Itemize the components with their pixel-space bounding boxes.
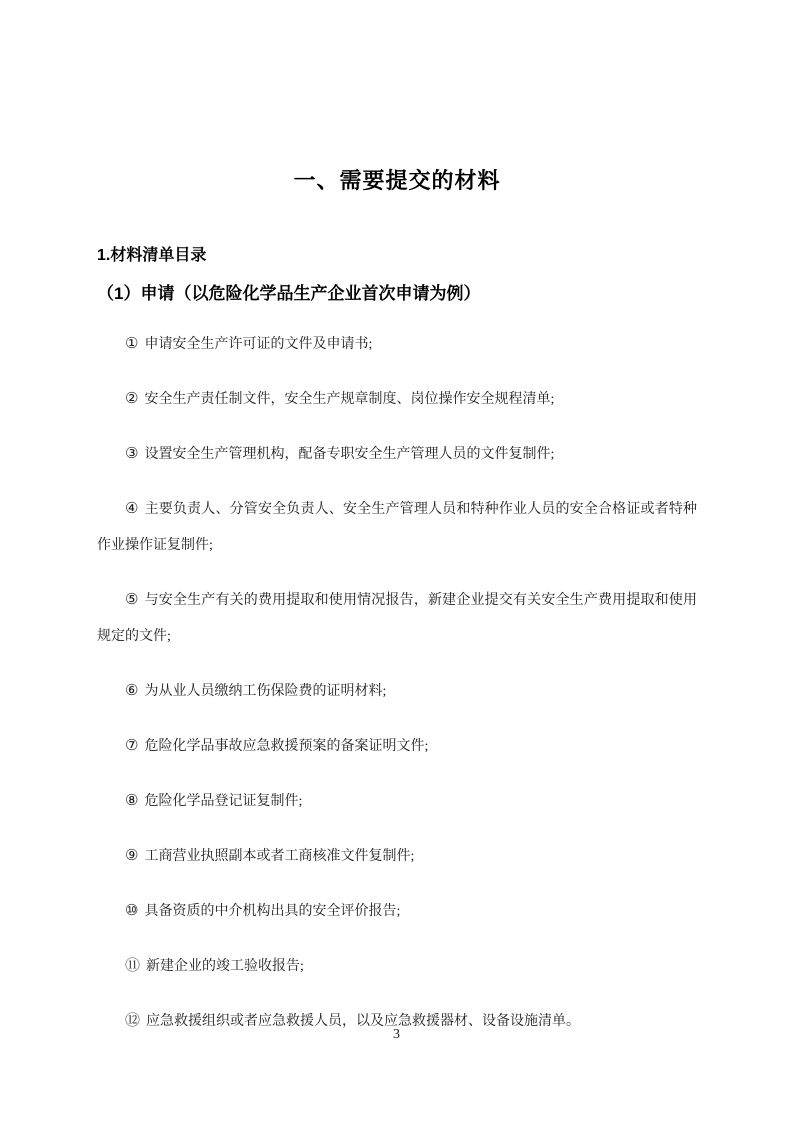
list-item: ⑤与安全生产有关的费用提取和使用情况报告，新建企业提交有关安全生产费用提取和使用… [97,582,697,655]
list-item-marker: ① [125,336,138,352]
list-item: ⑧危险化学品登记证复制件; [97,783,697,820]
list-item: ⑨工商营业执照副本或者工商核准文件复制件; [97,838,697,875]
page-title: 一、需要提交的材料 [97,0,697,196]
list-item-marker: ⑥ [125,683,138,699]
list-item-marker: ⑩ [125,903,138,919]
list-item-text: 危险化学品登记证复制件; [144,794,302,809]
list-item-marker: ⑤ [125,592,139,608]
list-item: ⑩具备资质的中介机构出具的安全评价报告; [97,893,697,930]
list-item-text: 与安全生产有关的费用提取和使用情况报告，新建企业提交有关安全生产费用提取和使用规… [97,593,697,644]
list-item-text: 工商营业执照副本或者工商核准文件复制件; [144,849,414,864]
list-item-marker: ⑨ [125,848,138,864]
list-item: ⑥为从业人员缴纳工伤保险费的证明材料; [97,673,697,710]
list-item-text: 新建企业的竣工验收报告; [146,959,304,974]
list-item-text: 设置安全生产管理机构，配备专职安全生产管理人员的文件复制件; [144,447,554,462]
list-item: ⑦危险化学品事故应急救援预案的备案证明文件; [97,728,697,765]
subsection-heading: （1）申请（以危险化学品生产企业首次申请为例） [97,282,697,306]
list-item-marker: ③ [125,446,138,462]
page-number: 3 [0,1025,793,1045]
material-list: ①申请安全生产许可证的文件及申请书; ②安全生产责任制文件，安全生产规章制度、岗… [97,326,697,1040]
list-item-marker: ⑧ [125,793,138,809]
list-item-text: 危险化学品事故应急救援预案的备案证明文件; [144,739,428,754]
list-item-marker: ⑦ [125,738,138,754]
list-item: ④主要负责人、分管安全负责人、安全生产管理人员和特种作业人员的安全合格证或者特种… [97,491,697,564]
list-item-text: 具备资质的中介机构出具的安全评价报告; [144,904,400,919]
list-item-text: 为从业人员缴纳工伤保险费的证明材料; [144,684,386,699]
list-item: ②安全生产责任制文件，安全生产规章制度、岗位操作安全规程清单; [97,381,697,418]
list-item-marker: ⑪ [125,958,140,974]
section-heading: 1.材料清单目录 [97,244,697,268]
list-item: ⑪新建企业的竣工验收报告; [97,948,697,985]
list-item-text: 安全生产责任制文件，安全生产规章制度、岗位操作安全规程清单; [144,392,554,407]
list-item-marker: ② [125,391,138,407]
document-page: 一、需要提交的材料 1.材料清单目录 （1）申请（以危险化学品生产企业首次申请为… [0,0,793,1122]
list-item-text: 申请安全生产许可证的文件及申请书; [144,337,372,352]
list-item-marker: ④ [125,501,139,517]
list-item-text: 主要负责人、分管安全负责人、安全生产管理人员和特种作业人员的安全合格证或者特种作… [97,502,697,553]
list-item: ①申请安全生产许可证的文件及申请书; [97,326,697,363]
list-item: ③设置安全生产管理机构，配备专职安全生产管理人员的文件复制件; [97,436,697,473]
